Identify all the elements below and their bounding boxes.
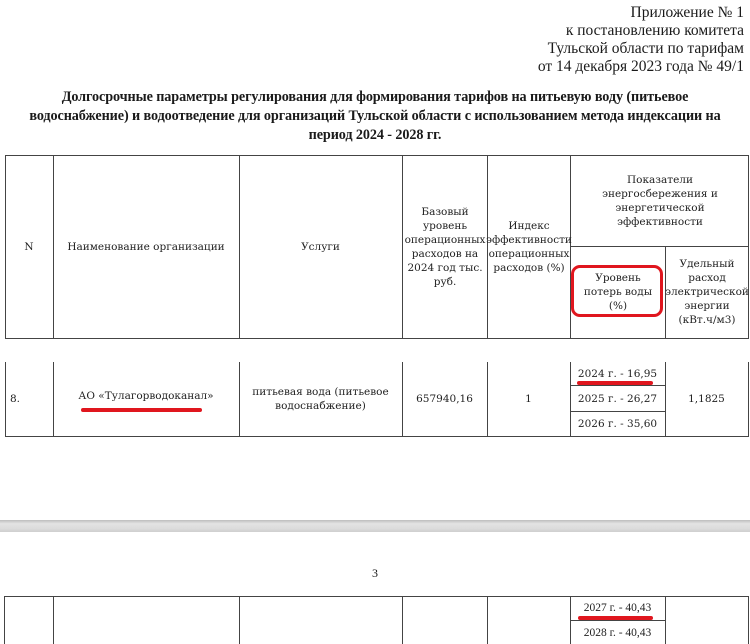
document-title: Долгосрочные параметры регулирования для… [0, 88, 750, 145]
header-base-level: Базовый уровень операционных расходов на… [406, 155, 484, 338]
header-services: Услуги [239, 155, 402, 338]
appendix-line: Приложение № 1 [538, 4, 744, 22]
row-base-level: 657940,16 [402, 362, 487, 436]
col-divider [487, 596, 488, 644]
water-loss-2026: 2026 г. - 35,60 [570, 412, 665, 436]
header-n: N [5, 155, 53, 338]
header-border-bottom [5, 338, 749, 339]
col-divider [53, 596, 54, 644]
col-divider [748, 362, 749, 437]
row-border-bottom [5, 436, 749, 437]
row-n: 8. [6, 362, 54, 436]
page-number: 3 [0, 566, 750, 581]
col-divider [402, 596, 403, 644]
header-efficiency-index: Индекс эффективности операционных расход… [489, 155, 569, 338]
row-specific-consumption: 1,1825 [665, 362, 748, 436]
highlight-2027-underline [578, 616, 653, 620]
header-organization: Наименование организации [53, 155, 239, 338]
row-efficiency-index: 1 [487, 362, 570, 436]
appendix-line: к постановлению комитета [538, 22, 744, 40]
appendix-line: от 14 декабря 2023 года № 49/1 [538, 58, 744, 76]
title-line: водоснабжение) и водоотведение для орган… [0, 107, 750, 126]
row-organization: АО «Тулагорводоканал» [53, 362, 239, 436]
col-divider [239, 596, 240, 644]
header-specific-consumption: Удельный расход электрической энергии (к… [668, 246, 746, 338]
title-line: Долгосрочные параметры регулирования для… [0, 88, 750, 107]
highlight-2024-underline [577, 381, 653, 385]
page-separator [0, 520, 750, 532]
appendix-line: Тульской области по тарифам [538, 40, 744, 58]
header-energy-group: Показатели энергосбережения и энергетиче… [578, 155, 742, 246]
highlight-water-loss-header [571, 265, 663, 317]
col-divider [402, 155, 403, 339]
water-loss-2028: 2028 г. - 40,43 [570, 621, 665, 644]
appendix-note: Приложение № 1 к постановлению комитета … [538, 4, 744, 76]
col-divider [239, 362, 240, 437]
row-services: питьевая вода (питьевое водоснабжение) [250, 362, 391, 436]
title-line: период 2024 - 2028 гг. [0, 126, 750, 145]
water-loss-2025: 2025 г. - 26,27 [570, 386, 665, 411]
highlight-organization-underline [81, 408, 202, 412]
col-divider [4, 596, 5, 644]
col-divider [665, 596, 666, 644]
col-divider [748, 596, 749, 644]
